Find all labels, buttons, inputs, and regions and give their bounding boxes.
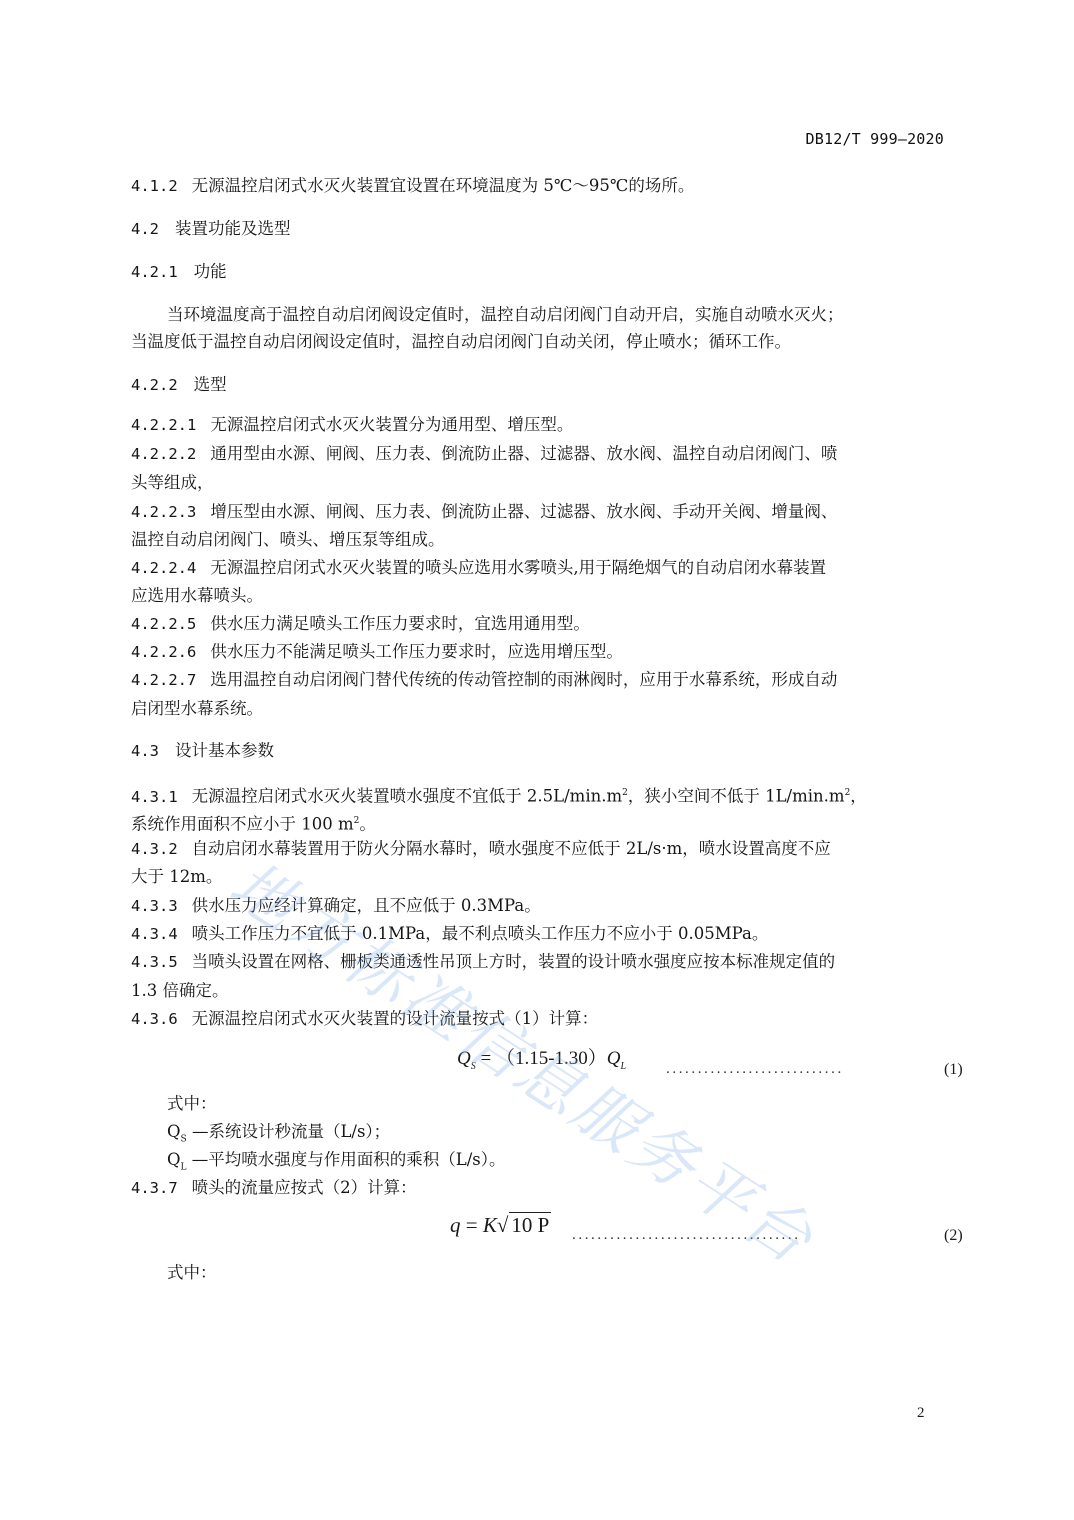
clause-4-2-2-6: 4.2.2.6供水压力不能满足喷头工作压力要求时，应选用增压型。 (131, 642, 623, 662)
clause-4-1-2: 4.1.2无源温控启闭式水灭火装置宜设置在环境温度为 5℃～95℃的场所。 (131, 176, 694, 196)
clause-number: 4.2.2.1 (131, 416, 196, 434)
clause-text: 无源温控启闭式水灭火装置分为通用型、增压型。 (210, 415, 573, 434)
variable-definition: QS —系统设计秒流量（L/s）； (167, 1122, 390, 1149)
paragraph-line: 当环境温度高于温控自动启闭阀设定值时，温控自动启闭阀门自动开启，实施自动喷水灭火… (167, 305, 844, 325)
formula-symbol: K (483, 1213, 497, 1237)
variable-description: —平均喷水强度与作用面积的乘积（L/s）。 (187, 1150, 506, 1169)
clause-continuation: 1.3 倍确定。 (131, 981, 229, 1001)
clause-continuation: 启闭型水幕系统。 (131, 699, 263, 719)
clause-text: 系统作用面积不应小于 100 m (131, 815, 354, 834)
formula-2: q = K√10 P (450, 1212, 551, 1238)
equals-sign: = (476, 1048, 496, 1069)
formula-subscript: L (621, 1061, 627, 1072)
clause-text: 自动启闭水幕装置用于防火分隔水幕时，喷水强度不应低于 2L/s·m，喷水设置高度… (192, 839, 831, 858)
clause-4-3-1: 4.3.1无源温控启闭式水灭火装置喷水强度不宜低于 2.5L/min.m2，狭小… (131, 783, 867, 807)
clause-text: 供水压力不能满足喷头工作压力要求时，应选用增压型。 (210, 642, 623, 661)
section-heading-4-2-1: 4.2.1功能 (131, 262, 227, 282)
clause-text: 无源温控启闭式水灭火装置的喷头应选用水雾喷头,用于隔绝烟气的自动启闭水幕装置 (210, 558, 826, 577)
clause-continuation: 系统作用面积不应小于 100 m2。 (131, 811, 376, 835)
clause-continuation: 温控自动启闭阀门、喷头、增压泵等组成。 (131, 530, 445, 550)
clause-text: 喷头的流量应按式（2）计算： (192, 1178, 417, 1197)
clause-4-2-2-7: 4.2.2.7选用温控自动启闭阀门替代传统的传动管控制的雨淋阀时，应用于水幕系统… (131, 670, 837, 690)
clause-4-3-4: 4.3.4喷头工作压力不宜低于 0.1MPa，最不利点喷头工作压力不应小于 0.… (131, 924, 768, 944)
formula-coefficient: （1.15-1.30） (496, 1048, 607, 1069)
clause-text: 选用温控自动启闭阀门替代传统的传动管控制的雨淋阀时，应用于水幕系统，形成自动 (210, 670, 837, 689)
variable-description: —系统设计秒流量（L/s）； (187, 1122, 390, 1141)
section-heading-4-2: 4.2装置功能及选型 (131, 219, 291, 239)
clause-number: 4.2.2.4 (131, 559, 196, 577)
dot-leader: .................................... (572, 1227, 801, 1244)
section-number: 4.2.2 (131, 376, 178, 394)
section-title: 设计基本参数 (175, 741, 274, 760)
clause-continuation: 头等组成， (131, 473, 214, 493)
clause-number: 4.1.2 (131, 177, 178, 195)
clause-text: 无源温控启闭式水灭火装置喷水强度不宜低于 2.5L/min.m (192, 787, 622, 806)
clause-continuation: 大于 12m。 (131, 867, 222, 887)
section-number: 4.2.1 (131, 263, 178, 281)
section-title: 装置功能及选型 (175, 219, 291, 238)
clause-4-3-2: 4.3.2自动启闭水幕装置用于防火分隔水幕时，喷水强度不应低于 2L/s·m，喷… (131, 839, 831, 859)
document-id: DB12/T 999—2020 (806, 130, 944, 148)
clause-text: 通用型由水源、闸阀、压力表、倒流防止器、过滤器、放水阀、温控自动启闭阀门、喷 (210, 444, 837, 463)
clause-text: 。 (359, 815, 376, 834)
section-title: 选型 (194, 375, 227, 394)
clause-4-3-6: 4.3.6无源温控启闭式水灭火装置的设计流量按式（1）计算： (131, 1009, 598, 1029)
dot-leader: ............................ (666, 1061, 844, 1078)
clause-number: 4.3.1 (131, 788, 178, 806)
paragraph-line: 当温度低于温控自动启闭阀设定值时，温控自动启闭阀门自动关闭，停止喷水；循环工作。 (131, 332, 791, 352)
document-page: DB12/T 999—2020 4.1.2无源温控启闭式水灭火装置宜设置在环境温… (0, 0, 1074, 1520)
clause-4-2-2-2: 4.2.2.2通用型由水源、闸阀、压力表、倒流防止器、过滤器、放水阀、温控自动启… (131, 444, 837, 464)
variable-symbol: Q (167, 1150, 181, 1169)
variable-symbol: Q (167, 1122, 181, 1141)
clause-text: 无源温控启闭式水灭火装置的设计流量按式（1）计算： (192, 1009, 599, 1028)
equals-sign: = (461, 1213, 483, 1237)
clause-text: 增压型由水源、闸阀、压力表、倒流防止器、过滤器、放水阀、手动开关阀、增量阀、 (210, 502, 837, 521)
clause-continuation: 应选用水幕喷头。 (131, 586, 263, 606)
clause-text: 供水压力应经计算确定，且不应低于 0.3MPa。 (192, 896, 541, 915)
clause-number: 4.2.2.3 (131, 503, 196, 521)
where-label: 式中： (167, 1094, 217, 1114)
clause-text: 无源温控启闭式水灭火装置宜设置在环境温度为 5℃～95℃的场所。 (192, 176, 695, 195)
clause-number: 4.3.4 (131, 925, 178, 943)
clause-text: ，狭小空间不低于 1L/min.m (628, 787, 845, 806)
section-heading-4-3: 4.3设计基本参数 (131, 741, 274, 761)
where-label: 式中： (167, 1263, 217, 1283)
clause-number: 4.3.7 (131, 1179, 178, 1197)
variable-definition: QL —平均喷水强度与作用面积的乘积（L/s）。 (167, 1150, 506, 1177)
clause-4-3-7: 4.3.7喷头的流量应按式（2）计算： (131, 1178, 417, 1198)
clause-text: 供水压力满足喷头工作压力要求时，宜选用通用型。 (210, 614, 590, 633)
section-heading-4-2-2: 4.2.2选型 (131, 375, 227, 395)
clause-4-2-2-1: 4.2.2.1无源温控启闭式水灭火装置分为通用型、增压型。 (131, 415, 573, 435)
clause-number: 4.2.2.7 (131, 671, 196, 689)
clause-number: 4.2.2.2 (131, 445, 196, 463)
clause-number: 4.3.5 (131, 953, 178, 971)
radical-sign: √ (497, 1213, 509, 1237)
formula-symbol: Q (607, 1048, 621, 1069)
section-number: 4.2 (131, 220, 159, 238)
radicand: 10 P (509, 1212, 551, 1238)
clause-4-2-2-5: 4.2.2.5供水压力满足喷头工作压力要求时，宜选用通用型。 (131, 614, 590, 634)
clause-4-2-2-4: 4.2.2.4无源温控启闭式水灭火装置的喷头应选用水雾喷头,用于隔绝烟气的自动启… (131, 558, 826, 578)
clause-4-2-2-3: 4.2.2.3增压型由水源、闸阀、压力表、倒流防止器、过滤器、放水阀、手动开关阀… (131, 502, 837, 522)
equation-number: (1) (944, 1061, 963, 1079)
clause-number: 4.2.2.6 (131, 643, 196, 661)
clause-number: 4.2.2.5 (131, 615, 196, 633)
equation-number: (2) (944, 1227, 963, 1245)
clause-4-3-5: 4.3.5当喷头设置在网格、栅板类通透性吊顶上方时，装置的设计喷水强度应按本标准… (131, 952, 835, 972)
formula-symbol: q (450, 1213, 461, 1237)
clause-number: 4.3.6 (131, 1010, 178, 1028)
section-title: 功能 (194, 262, 227, 281)
clause-4-3-3: 4.3.3供水压力应经计算确定，且不应低于 0.3MPa。 (131, 896, 541, 916)
formula-1: QS = （1.15-1.30）QL (457, 1043, 626, 1072)
clause-text: ， (850, 787, 867, 806)
clause-text: 当喷头设置在网格、栅板类通透性吊顶上方时，装置的设计喷水强度应按本标准规定值的 (192, 952, 836, 971)
clause-text: 喷头工作压力不宜低于 0.1MPa，最不利点喷头工作压力不应小于 0.05MPa… (192, 924, 769, 943)
section-number: 4.3 (131, 742, 159, 760)
formula-symbol: Q (457, 1048, 471, 1069)
page-number: 2 (917, 1405, 925, 1422)
clause-number: 4.3.3 (131, 897, 178, 915)
clause-number: 4.3.2 (131, 840, 178, 858)
